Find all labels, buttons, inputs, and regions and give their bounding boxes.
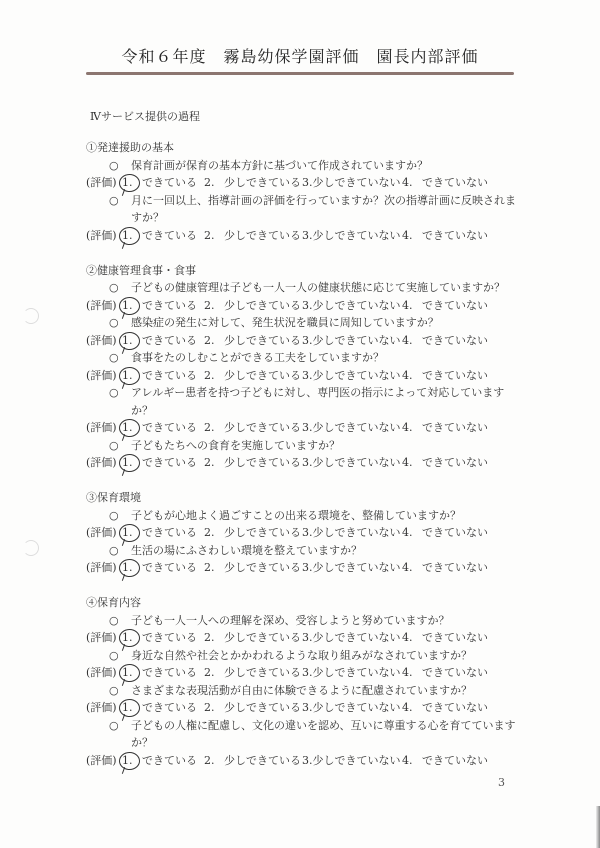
- rating-option-3: 3.少しできていない: [302, 524, 402, 542]
- question-text: 子どもたちへの食育を実施していますか？: [131, 437, 526, 455]
- scan-edge-shadow: [596, 806, 600, 848]
- rating-option-4-number-label: 4.: [402, 701, 413, 714]
- bullet-circle-icon: ○: [109, 314, 131, 332]
- rating-option-1-text: できている: [142, 174, 204, 192]
- subsection: ④保育内容○子ども一人一人への理解を深め、受容しようと努めていますか？(評価)1…: [86, 594, 526, 769]
- rating-option-3-label: 3.少しできていない: [302, 754, 401, 767]
- handwritten-circle-mark-icon: [119, 752, 140, 770]
- rating-option-4-number-label: 4.: [402, 299, 413, 312]
- rating-option-4-text: できていない: [422, 454, 488, 472]
- rating-label: (評価): [86, 524, 122, 542]
- rating-option-1-text: できている: [142, 629, 204, 647]
- rating-label-label: (評価): [86, 369, 117, 382]
- rating-label-label: (評価): [86, 754, 117, 767]
- circle-mark-tail-icon: [122, 574, 126, 581]
- rating-option-1-text-label: できている: [142, 421, 197, 434]
- rating-option-2-number-label: 2.: [204, 456, 215, 469]
- rating-option-2-number-label: 2.: [204, 299, 215, 312]
- rating-option-4-number: 4.: [402, 227, 422, 245]
- rating-option-1-number: 1.: [122, 559, 142, 577]
- rating-label-label: (評価): [86, 176, 117, 189]
- rating-option-4-number: 4.: [402, 629, 422, 647]
- handwritten-circle-mark-icon: [119, 419, 140, 437]
- subsection-title: ①発達援助の基本: [86, 139, 526, 157]
- rating-option-1-number: 1.: [122, 227, 142, 245]
- rating-row: (評価)1.できている2.少しできている3.少しできていない4.できていない: [86, 559, 526, 577]
- rating-option-2-text-label: 少しできている: [224, 754, 301, 767]
- bullet-circle-icon: ○: [109, 507, 131, 525]
- question: ○子ども一人一人への理解を深め、受容しようと努めていますか？: [86, 612, 526, 630]
- question: ○さまざまな表現活動が自由に体験できるように配慮されていますか？: [86, 682, 526, 700]
- rating-option-2-number-label: 2.: [204, 526, 215, 539]
- rating-option-2-number: 2.: [204, 227, 224, 245]
- bullet-circle-icon: ○: [109, 717, 131, 752]
- rating-option-3-label: 3.少しできていない: [302, 526, 401, 539]
- rating-row: (評価)1.できている2.少しできている3.少しできていない4.できていない: [86, 524, 526, 542]
- rating-option-4-text-label: できていない: [422, 421, 488, 434]
- rating-option-3: 3.少しできていない: [302, 174, 402, 192]
- rating-option-1-text: できている: [142, 227, 204, 245]
- section-heading: Ⅳサービス提供の過程: [90, 108, 200, 124]
- question-text: 子どもが心地よく過ごすことの出来る環境を、整備していますか？: [131, 507, 526, 525]
- rating-label-label: (評価): [86, 666, 117, 679]
- bullet-circle-icon: ○: [109, 279, 131, 297]
- rating-option-3-label: 3.少しできていない: [302, 631, 401, 644]
- rating-option-4-text-label: できていない: [422, 701, 488, 714]
- rating-option-4-text-label: できていない: [422, 229, 488, 242]
- rating-option-2-text-label: 少しできている: [224, 369, 301, 382]
- rating-option-2-number-label: 2.: [204, 334, 215, 347]
- question-text: 食事をたのしむことができる工夫をしていますか？: [131, 349, 526, 367]
- rating-option-2-text-label: 少しできている: [224, 229, 301, 242]
- rating-option-1-text: できている: [142, 419, 204, 437]
- handwritten-circle-mark-icon: [119, 629, 140, 647]
- rating-option-2-text-label: 少しできている: [224, 701, 301, 714]
- rating-label: (評価): [86, 174, 122, 192]
- rating-option-4-number-label: 4.: [402, 561, 413, 574]
- rating-label: (評価): [86, 629, 122, 647]
- rating-option-4-number: 4.: [402, 297, 422, 315]
- rating-option-4-text-label: できていない: [422, 334, 488, 347]
- rating-option-4-number-label: 4.: [402, 456, 413, 469]
- rating-option-3-label: 3.少しできていない: [302, 334, 401, 347]
- rating-option-4-text: できていない: [422, 419, 488, 437]
- rating-row: (評価)1.できている2.少しできている3.少しできていない4.できていない: [86, 332, 526, 350]
- question-text: 感染症の発生に対して、発生状況を職員に周知していますか？: [131, 314, 526, 332]
- rating-option-3-label: 3.少しできていない: [302, 299, 401, 312]
- rating-option-4-text-label: できていない: [422, 299, 488, 312]
- rating-option-2-text: 少しできている: [224, 664, 302, 682]
- punch-hole-bottom: [23, 540, 39, 556]
- rating-label-label: (評価): [86, 701, 117, 714]
- rating-label: (評価): [86, 559, 122, 577]
- rating-option-4-text: できていない: [422, 332, 488, 350]
- question: ○身近な自然や社会とかかわれるような取り組みがなされていますか？: [86, 647, 526, 665]
- question: ○子どもの人権に配慮し、文化の違いを認め、互いに尊重する心を育てていますか？: [86, 717, 526, 752]
- rating-option-4-text: できていない: [422, 664, 488, 682]
- handwritten-circle-mark-icon: [119, 664, 140, 682]
- rating-option-1-text-label: できている: [142, 526, 197, 539]
- subsection: ②健康管理食事・食事○子どもの健康管理は子ども一人一人の健康状態に応じて実施して…: [86, 262, 526, 472]
- rating-label: (評価): [86, 664, 122, 682]
- rating-option-4-number-label: 4.: [402, 421, 413, 434]
- question-text: 子どもの健康管理は子ども一人一人の健康状態に応じて実施していますか？: [131, 279, 526, 297]
- rating-option-3: 3.少しできていない: [302, 664, 402, 682]
- rating-option-1-text: できている: [142, 664, 204, 682]
- rating-option-4-number: 4.: [402, 699, 422, 717]
- rating-row: (評価)1.できている2.少しできている3.少しできていない4.できていない: [86, 227, 526, 245]
- rating-option-3: 3.少しできていない: [302, 752, 402, 770]
- rating-row: (評価)1.できている2.少しできている3.少しできていない4.できていない: [86, 419, 526, 437]
- rating-option-1-number: 1.: [122, 174, 142, 192]
- rating-option-4-text: できていない: [422, 752, 488, 770]
- rating-option-3-label: 3.少しできていない: [302, 176, 401, 189]
- rating-option-3: 3.少しできていない: [302, 559, 402, 577]
- rating-option-3: 3.少しできていない: [302, 699, 402, 717]
- rating-option-2-number: 2.: [204, 454, 224, 472]
- rating-label-label: (評価): [86, 229, 117, 242]
- rating-option-4-text-label: できていない: [422, 526, 488, 539]
- rating-row: (評価)1.できている2.少しできている3.少しできていない4.できていない: [86, 297, 526, 315]
- rating-option-3-label: 3.少しできていない: [302, 456, 401, 469]
- rating-option-1-text-label: できている: [142, 631, 197, 644]
- rating-option-2-text-label: 少しできている: [224, 334, 301, 347]
- rating-label: (評価): [86, 297, 122, 315]
- rating-option-2-text-label: 少しできている: [224, 526, 301, 539]
- handwritten-circle-mark-icon: [119, 227, 140, 245]
- rating-option-4-number: 4.: [402, 752, 422, 770]
- rating-option-4-text-label: できていない: [422, 631, 488, 644]
- rating-option-2-number-label: 2.: [204, 666, 215, 679]
- circle-mark-tail-icon: [122, 469, 126, 476]
- rating-option-4-number-label: 4.: [402, 334, 413, 347]
- question-text: アレルギー患者を持つ子どもに対し、専門医の指示によって対応していますか？: [131, 384, 526, 419]
- rating-option-1-text-label: できている: [142, 701, 197, 714]
- rating-option-3-label: 3.少しできていない: [302, 421, 401, 434]
- rating-label-label: (評価): [86, 526, 117, 539]
- rating-option-2-number-label: 2.: [204, 701, 215, 714]
- rating-option-1-number: 1.: [122, 629, 142, 647]
- rating-option-3-label: 3.少しできていない: [302, 369, 401, 382]
- rating-option-1-number: 1.: [122, 454, 142, 472]
- rating-option-4-number-label: 4.: [402, 666, 413, 679]
- rating-label: (評価): [86, 332, 122, 350]
- rating-option-2-text: 少しできている: [224, 227, 302, 245]
- rating-option-2-text: 少しできている: [224, 524, 302, 542]
- question-text: 身近な自然や社会とかかわれるような取り組みがなされていますか？: [131, 647, 526, 665]
- page-number: 3: [498, 776, 505, 789]
- handwritten-circle-mark-icon: [119, 174, 140, 192]
- rating-row: (評価)1.できている2.少しできている3.少しできていない4.できていない: [86, 454, 526, 472]
- rating-option-4-text: できていない: [422, 524, 488, 542]
- rating-row: (評価)1.できている2.少しできている3.少しできていない4.できていない: [86, 367, 526, 385]
- rating-option-2-number-label: 2.: [204, 754, 215, 767]
- rating-label: (評価): [86, 699, 122, 717]
- rating-option-2-text-label: 少しできている: [224, 176, 301, 189]
- rating-option-2-number: 2.: [204, 664, 224, 682]
- rating-label-label: (評価): [86, 561, 117, 574]
- question-text: 子ども一人一人への理解を深め、受容しようと努めていますか？: [131, 612, 526, 630]
- bullet-circle-icon: ○: [109, 192, 131, 227]
- rating-option-4-number: 4.: [402, 454, 422, 472]
- rating-option-4-text-label: できていない: [422, 666, 488, 679]
- rating-row: (評価)1.できている2.少しできている3.少しできていない4.できていない: [86, 629, 526, 647]
- rating-option-4-number: 4.: [402, 524, 422, 542]
- rating-option-4-number: 4.: [402, 174, 422, 192]
- rating-option-2-text: 少しできている: [224, 332, 302, 350]
- rating-label: (評価): [86, 367, 122, 385]
- rating-option-2-number: 2.: [204, 174, 224, 192]
- rating-option-4-text-label: できていない: [422, 754, 488, 767]
- rating-option-2-number: 2.: [204, 332, 224, 350]
- handwritten-circle-mark-icon: [119, 454, 140, 472]
- rating-option-2-text-label: 少しできている: [224, 456, 301, 469]
- rating-option-1-text-label: できている: [142, 229, 197, 242]
- question: ○保育計画が保育の基本方針に基づいて作成されていますか？: [86, 157, 526, 175]
- rating-option-4-text: できていない: [422, 174, 488, 192]
- rating-option-2-text-label: 少しできている: [224, 666, 301, 679]
- rating-option-2-text-label: 少しできている: [224, 631, 301, 644]
- rating-option-4-number-label: 4.: [402, 754, 413, 767]
- rating-option-2-number: 2.: [204, 524, 224, 542]
- question-text: 月に一回以上、指導計画の評価を行っていますか？次の指導計画に反映されますか？: [131, 192, 526, 227]
- rating-option-4-text-label: できていない: [422, 456, 488, 469]
- rating-option-1-number: 1.: [122, 752, 142, 770]
- rating-option-4-number-label: 4.: [402, 631, 413, 644]
- rating-option-4-text: できていない: [422, 367, 488, 385]
- rating-option-1-text-label: できている: [142, 754, 197, 767]
- rating-option-1-text: できている: [142, 559, 204, 577]
- bullet-circle-icon: ○: [109, 437, 131, 455]
- question: ○子どもが心地よく過ごすことの出来る環境を、整備していますか？: [86, 507, 526, 525]
- rating-option-1-text-label: できている: [142, 456, 197, 469]
- rating-option-4-number-label: 4.: [402, 176, 413, 189]
- rating-option-1-number: 1.: [122, 332, 142, 350]
- evaluation-content: ①発達援助の基本○保育計画が保育の基本方針に基づいて作成されていますか？(評価)…: [86, 139, 526, 787]
- rating-option-1-text: できている: [142, 297, 204, 315]
- rating-option-2-text: 少しできている: [224, 297, 302, 315]
- handwritten-circle-mark-icon: [119, 367, 140, 385]
- circle-mark-tail-icon: [122, 242, 126, 249]
- document-title: 令和６年度 霧島幼保学園評価 園長内部評価: [0, 44, 600, 67]
- rating-option-4-text: できていない: [422, 629, 488, 647]
- question: ○子どもの健康管理は子ども一人一人の健康状態に応じて実施していますか？: [86, 279, 526, 297]
- rating-row: (評価)1.できている2.少しできている3.少しできていない4.できていない: [86, 699, 526, 717]
- rating-label: (評価): [86, 419, 122, 437]
- rating-option-4-number-label: 4.: [402, 369, 413, 382]
- rating-label-label: (評価): [86, 456, 117, 469]
- rating-option-4-text-label: できていない: [422, 369, 488, 382]
- rating-option-1-number: 1.: [122, 699, 142, 717]
- handwritten-circle-mark-icon: [119, 297, 140, 315]
- rating-option-1-text-label: できている: [142, 666, 197, 679]
- rating-row: (評価)1.できている2.少しできている3.少しできていない4.できていない: [86, 174, 526, 192]
- rating-option-2-number: 2.: [204, 297, 224, 315]
- rating-option-1-text: できている: [142, 332, 204, 350]
- question-text: 子どもの人権に配慮し、文化の違いを認め、互いに尊重する心を育てていますか？: [131, 717, 526, 752]
- rating-option-2-text: 少しできている: [224, 752, 302, 770]
- bullet-circle-icon: ○: [109, 157, 131, 175]
- rating-label: (評価): [86, 454, 122, 472]
- rating-option-3-label: 3.少しできていない: [302, 666, 401, 679]
- rating-option-2-text: 少しできている: [224, 629, 302, 647]
- rating-option-2-number-label: 2.: [204, 631, 215, 644]
- rating-option-1-text: できている: [142, 752, 204, 770]
- rating-option-1-text-label: できている: [142, 561, 197, 574]
- rating-option-2-text: 少しできている: [224, 419, 302, 437]
- rating-option-1-text-label: できている: [142, 369, 197, 382]
- bullet-circle-icon: ○: [109, 384, 131, 419]
- rating-option-4-text: できていない: [422, 297, 488, 315]
- rating-option-1-text: できている: [142, 367, 204, 385]
- bullet-circle-icon: ○: [109, 349, 131, 367]
- rating-option-3: 3.少しできていない: [302, 332, 402, 350]
- rating-option-2-text: 少しできている: [224, 699, 302, 717]
- bullet-circle-icon: ○: [109, 682, 131, 700]
- rating-label-label: (評価): [86, 421, 117, 434]
- rating-option-4-number: 4.: [402, 559, 422, 577]
- handwritten-circle-mark-icon: [119, 524, 140, 542]
- bullet-circle-icon: ○: [109, 542, 131, 560]
- rating-option-1-number: 1.: [122, 524, 142, 542]
- rating-option-1-text: できている: [142, 454, 204, 472]
- rating-option-4-number-label: 4.: [402, 526, 413, 539]
- question: ○子どもたちへの食育を実施していますか？: [86, 437, 526, 455]
- rating-option-2-text: 少しできている: [224, 174, 302, 192]
- rating-option-1-text-label: できている: [142, 334, 197, 347]
- handwritten-circle-mark-icon: [119, 332, 140, 350]
- rating-label: (評価): [86, 227, 122, 245]
- rating-option-3: 3.少しできていない: [302, 227, 402, 245]
- rating-option-4-number: 4.: [402, 419, 422, 437]
- rating-option-2-text-label: 少しできている: [224, 421, 301, 434]
- rating-option-2-text: 少しできている: [224, 559, 302, 577]
- subsection-title: ②健康管理食事・食事: [86, 262, 526, 280]
- rating-option-2-text-label: 少しできている: [224, 561, 301, 574]
- rating-option-2-number-label: 2.: [204, 421, 215, 434]
- question-text: 保育計画が保育の基本方針に基づいて作成されていますか？: [131, 157, 526, 175]
- rating-option-3: 3.少しできていない: [302, 454, 402, 472]
- rating-option-2-number-label: 2.: [204, 229, 215, 242]
- rating-option-3: 3.少しできていない: [302, 419, 402, 437]
- rating-option-2-number: 2.: [204, 559, 224, 577]
- rating-option-3-label: 3.少しできていない: [302, 701, 401, 714]
- rating-label-label: (評価): [86, 334, 117, 347]
- rating-option-1-text-label: できている: [142, 299, 197, 312]
- rating-row: (評価)1.できている2.少しできている3.少しできていない4.できていない: [86, 664, 526, 682]
- rating-option-2-text: 少しできている: [224, 454, 302, 472]
- rating-option-1-number: 1.: [122, 367, 142, 385]
- handwritten-circle-mark-icon: [119, 699, 140, 717]
- rating-option-2-number: 2.: [204, 419, 224, 437]
- rating-option-1-text: できている: [142, 699, 204, 717]
- rating-option-1-text: できている: [142, 524, 204, 542]
- rating-option-2-number-label: 2.: [204, 561, 215, 574]
- question: ○生活の場にふさわしい環境を整えていますか？: [86, 542, 526, 560]
- rating-option-2-number-label: 2.: [204, 176, 215, 189]
- rating-option-3: 3.少しできていない: [302, 297, 402, 315]
- rating-option-3: 3.少しできていない: [302, 629, 402, 647]
- rating-option-4-text: できていない: [422, 699, 488, 717]
- rating-option-2-text-label: 少しできている: [224, 299, 301, 312]
- subsection: ③保育環境○子どもが心地よく過ごすことの出来る環境を、整備していますか？(評価)…: [86, 489, 526, 577]
- rating-option-4-number-label: 4.: [402, 229, 413, 242]
- subsection: ①発達援助の基本○保育計画が保育の基本方針に基づいて作成されていますか？(評価)…: [86, 139, 526, 244]
- question: ○感染症の発生に対して、発生状況を職員に周知していますか？: [86, 314, 526, 332]
- rating-label-label: (評価): [86, 631, 117, 644]
- question-text: さまざまな表現活動が自由に体験できるように配慮されていますか？: [131, 682, 526, 700]
- rating-option-4-number: 4.: [402, 332, 422, 350]
- title-underline: [86, 72, 514, 75]
- bullet-circle-icon: ○: [109, 612, 131, 630]
- rating-option-2-number: 2.: [204, 629, 224, 647]
- bullet-circle-icon: ○: [109, 647, 131, 665]
- rating-option-3-label: 3.少しできていない: [302, 561, 401, 574]
- rating-option-2-text: 少しできている: [224, 367, 302, 385]
- subsection-title: ③保育環境: [86, 489, 526, 507]
- rating-option-1-number: 1.: [122, 419, 142, 437]
- circle-mark-tail-icon: [122, 767, 126, 774]
- rating-option-3: 3.少しできていない: [302, 367, 402, 385]
- rating-option-1-number: 1.: [122, 297, 142, 315]
- question-text: 生活の場にふさわしい環境を整えていますか？: [131, 542, 526, 560]
- rating-option-4-number: 4.: [402, 664, 422, 682]
- rating-option-2-number: 2.: [204, 752, 224, 770]
- rating-label-label: (評価): [86, 299, 117, 312]
- rating-option-2-number-label: 2.: [204, 369, 215, 382]
- punch-hole-top: [23, 308, 39, 324]
- rating-option-2-number: 2.: [204, 699, 224, 717]
- question: ○食事をたのしむことができる工夫をしていますか？: [86, 349, 526, 367]
- rating-option-4-number: 4.: [402, 367, 422, 385]
- rating-row: (評価)1.できている2.少しできている3.少しできていない4.できていない: [86, 752, 526, 770]
- rating-option-4-text: できていない: [422, 559, 488, 577]
- rating-option-2-number: 2.: [204, 367, 224, 385]
- rating-option-1-text-label: できている: [142, 176, 197, 189]
- subsection-title: ④保育内容: [86, 594, 526, 612]
- handwritten-circle-mark-icon: [119, 559, 140, 577]
- rating-label: (評価): [86, 752, 122, 770]
- question: ○月に一回以上、指導計画の評価を行っていますか？次の指導計画に反映されますか？: [86, 192, 526, 227]
- question: ○アレルギー患者を持つ子どもに対し、専門医の指示によって対応していますか？: [86, 384, 526, 419]
- rating-option-3-label: 3.少しできていない: [302, 229, 401, 242]
- rating-option-4-text-label: できていない: [422, 561, 488, 574]
- rating-option-4-text: できていない: [422, 227, 488, 245]
- rating-option-1-number: 1.: [122, 664, 142, 682]
- rating-option-4-text-label: できていない: [422, 176, 488, 189]
